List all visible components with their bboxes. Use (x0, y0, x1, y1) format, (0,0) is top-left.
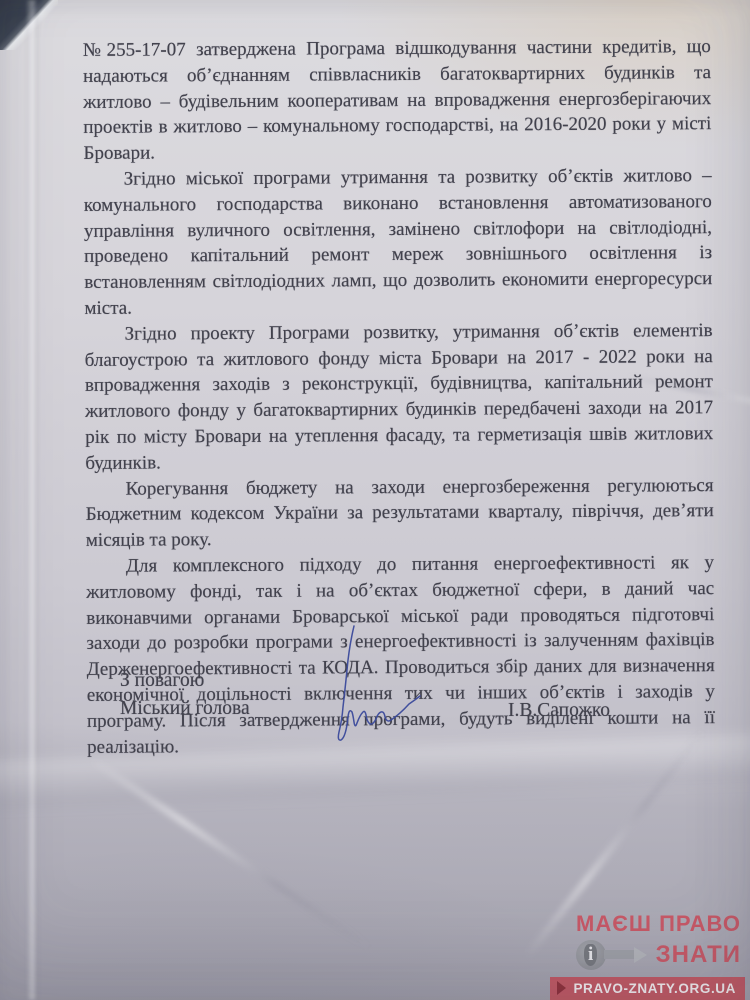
paper-crease (26, 0, 40, 1000)
signer-name: І.В.Сапожко (508, 700, 610, 722)
document-page: №255-17-07 затверджена Програма відшкоду… (0, 0, 750, 1000)
watermark-title-line1: МАЄШ ПРАВО (550, 911, 745, 937)
table-surface-corner (0, 0, 58, 50)
key-shaft (604, 950, 634, 959)
closing-salutation: З повагою (120, 670, 204, 692)
closing-title: Міський голова (120, 698, 250, 720)
watermark-ribbon: PRAVO-ZNATY.ORG.UA (550, 977, 745, 1000)
watermark-pravo-znaty: МАЄШ ПРАВО i ЗНАТИ PRAVO-ZNATY.ORG.UA (550, 911, 745, 1000)
signature-stroke (338, 626, 420, 740)
paper-crease (87, 756, 373, 952)
paragraph: Корегування бюджету на заходи енергозбер… (85, 473, 713, 554)
watermark-title-line2: ЗНАТИ (656, 941, 745, 969)
key-head: i (576, 940, 606, 970)
key-arrow (634, 947, 647, 963)
key-icon: i (576, 940, 647, 970)
watermark-url: PRAVO-ZNATY.ORG.UA (573, 981, 736, 996)
handwritten-signature (320, 615, 440, 780)
paragraph: Згідно проекту Програми розвитку, утрима… (85, 318, 714, 477)
paragraph: №255-17-07 затверджена Програма відшкоду… (83, 34, 712, 167)
ribbon-fold-icon (557, 981, 566, 995)
info-letter: i (584, 944, 597, 966)
paragraph: Згідно міської програми утримання та роз… (84, 163, 713, 322)
